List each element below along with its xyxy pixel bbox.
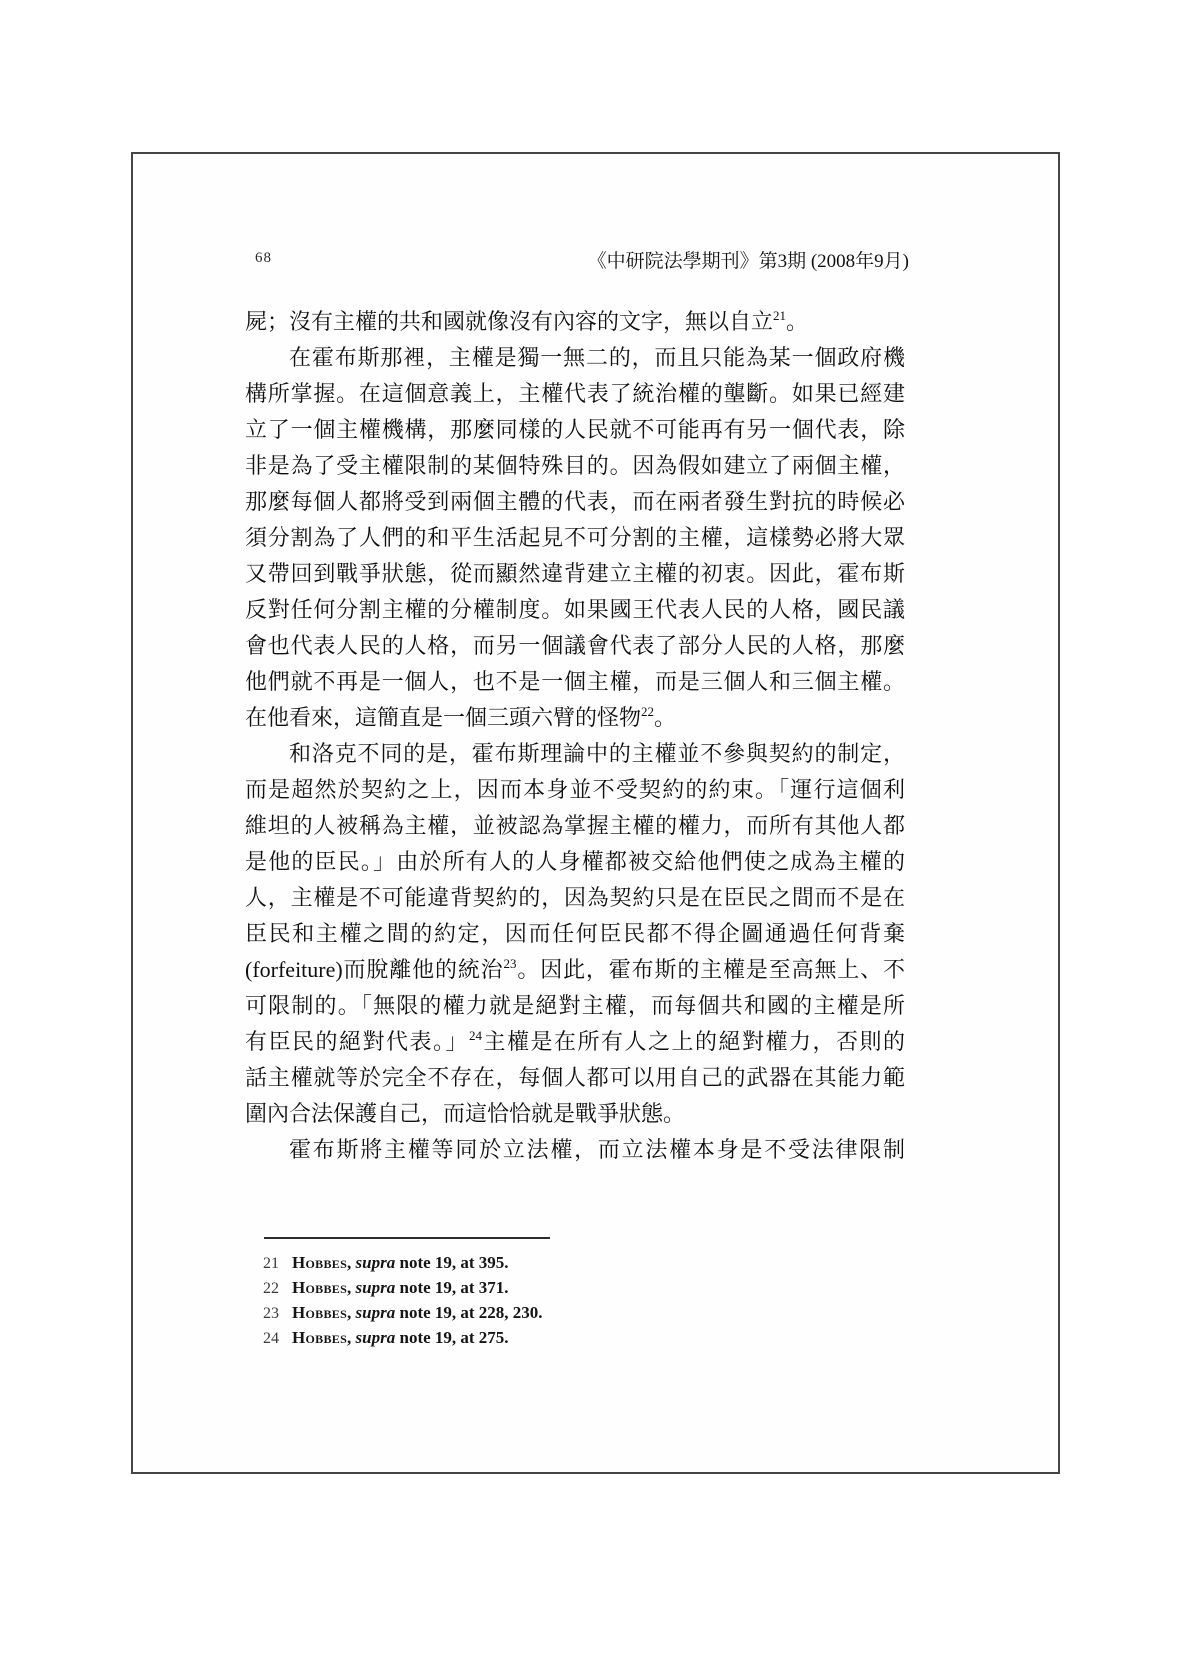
footnote-item: 22Hobbes, supra note 19, at 371. (263, 1276, 903, 1301)
footnote-text: Hobbes, supra note 19, at 228, 230. (292, 1303, 543, 1322)
text-line: 屍；沒有主權的共和國就像沒有內容的文字，無以自立21。 (245, 304, 905, 340)
text-line: 有臣民的絕對代表。」24主權是在所有人之上的絕對權力，否則的 (245, 1024, 905, 1060)
paragraph: 和洛克不同的是，霍布斯理論中的主權並不參與契約的制定，而是超然於契約之上，因而本… (245, 736, 905, 1132)
footnote-ref: 23 (504, 956, 517, 971)
footnote-number: 23 (263, 1302, 292, 1326)
text-line: 霍布斯將主權等同於立法權，而立法權本身是不受法律限制 (245, 1132, 905, 1168)
footnote-separator (264, 1237, 550, 1239)
body-text: 屍；沒有主權的共和國就像沒有內容的文字，無以自立21。在霍布斯那裡，主權是獨一無… (245, 304, 905, 1168)
text-line: 非是為了受主權限制的某個特殊目的。因為假如建立了兩個主權， (245, 448, 905, 484)
text-line: 是他的臣民。」由於所有人的人身權都被交給他們使之成為主權的 (245, 844, 905, 880)
footnote-number: 21 (263, 1252, 292, 1276)
page-border-frame: 68 《中研院法學期刊》第3期 (2008年9月) 屍；沒有主權的共和國就像沒有… (131, 152, 1060, 1474)
paragraph: 在霍布斯那裡，主權是獨一無二的，而且只能為某一個政府機構所掌握。在這個意義上，主… (245, 340, 905, 736)
footnote-item: 24Hobbes, supra note 19, at 275. (263, 1326, 903, 1351)
footnote-text: Hobbes, supra note 19, at 275. (292, 1328, 509, 1347)
text-line: 維坦的人被稱為主權，並被認為掌握主權的權力，而所有其他人都 (245, 808, 905, 844)
text-line: 又帶回到戰爭狀態，從而顯然違背建立主權的初衷。因此，霍布斯 (245, 556, 905, 592)
footnote-number: 22 (263, 1277, 292, 1301)
text-line: 在霍布斯那裡，主權是獨一無二的，而且只能為某一個政府機 (245, 340, 905, 376)
footnote-ref: 22 (641, 704, 654, 719)
text-line: 人，主權是不可能違背契約的，因為契約只是在臣民之間而不是在 (245, 880, 905, 916)
footnote-text: Hobbes, supra note 19, at 395. (292, 1253, 509, 1272)
text-line: 會也代表人民的人格，而另一個議會代表了部分人民的人格，那麼 (245, 628, 905, 664)
text-line: 在他看來，這簡直是一個三頭六臂的怪物22。 (245, 700, 905, 736)
footnote-text: Hobbes, supra note 19, at 371. (292, 1278, 509, 1297)
text-line: 可限制的。「無限的權力就是絕對主權，而每個共和國的主權是所 (245, 988, 905, 1024)
text-line: (forfeiture)而脫離他的統治23。因此，霍布斯的主權是至高無上、不 (245, 952, 905, 988)
footnote-ref: 21 (773, 308, 786, 323)
paragraph: 霍布斯將主權等同於立法權，而立法權本身是不受法律限制 (245, 1132, 905, 1168)
text-line: 反對任何分割主權的分權制度。如果國王代表人民的人格，國民議 (245, 592, 905, 628)
paragraph: 屍；沒有主權的共和國就像沒有內容的文字，無以自立21。 (245, 304, 905, 340)
footnote-item: 23Hobbes, supra note 19, at 228, 230. (263, 1301, 903, 1326)
footnote-number: 24 (263, 1327, 292, 1351)
text-line: 構所掌握。在這個意義上，主權代表了統治權的壟斷。如果已經建 (245, 376, 905, 412)
text-line: 而是超然於契約之上，因而本身並不受契約的約束。「運行這個利 (245, 772, 905, 808)
text-line: 他們就不再是一個人，也不是一個主權，而是三個人和三個主權。 (245, 664, 905, 700)
text-line: 須分割為了人們的和平生活起見不可分割的主權，這樣勢必將大眾 (245, 520, 905, 556)
text-line: 和洛克不同的是，霍布斯理論中的主權並不參與契約的制定， (245, 736, 905, 772)
footnote-list: 21Hobbes, supra note 19, at 395.22Hobbes… (263, 1251, 903, 1351)
footnote-item: 21Hobbes, supra note 19, at 395. (263, 1251, 903, 1276)
text-line: 立了一個主權機構，那麼同樣的人民就不可能再有另一個代表，除 (245, 412, 905, 448)
text-line: 話主權就等於完全不存在，每個人都可以用自己的武器在其能力範 (245, 1060, 905, 1096)
text-line: 圍內合法保護自己，而這恰恰就是戰爭狀態。 (245, 1096, 905, 1132)
text-line: 臣民和主權之間的約定，因而任何臣民都不得企圖通過任何背棄 (245, 916, 905, 952)
text-line: 那麼每個人都將受到兩個主體的代表，而在兩者發生對抗的時候必 (245, 484, 905, 520)
footnote-ref: 24 (469, 1028, 482, 1043)
scanned-page-canvas: 68 《中研院法學期刊》第3期 (2008年9月) 屍；沒有主權的共和國就像沒有… (0, 0, 1177, 1664)
journal-header: 《中研院法學期刊》第3期 (2008年9月) (245, 246, 909, 273)
